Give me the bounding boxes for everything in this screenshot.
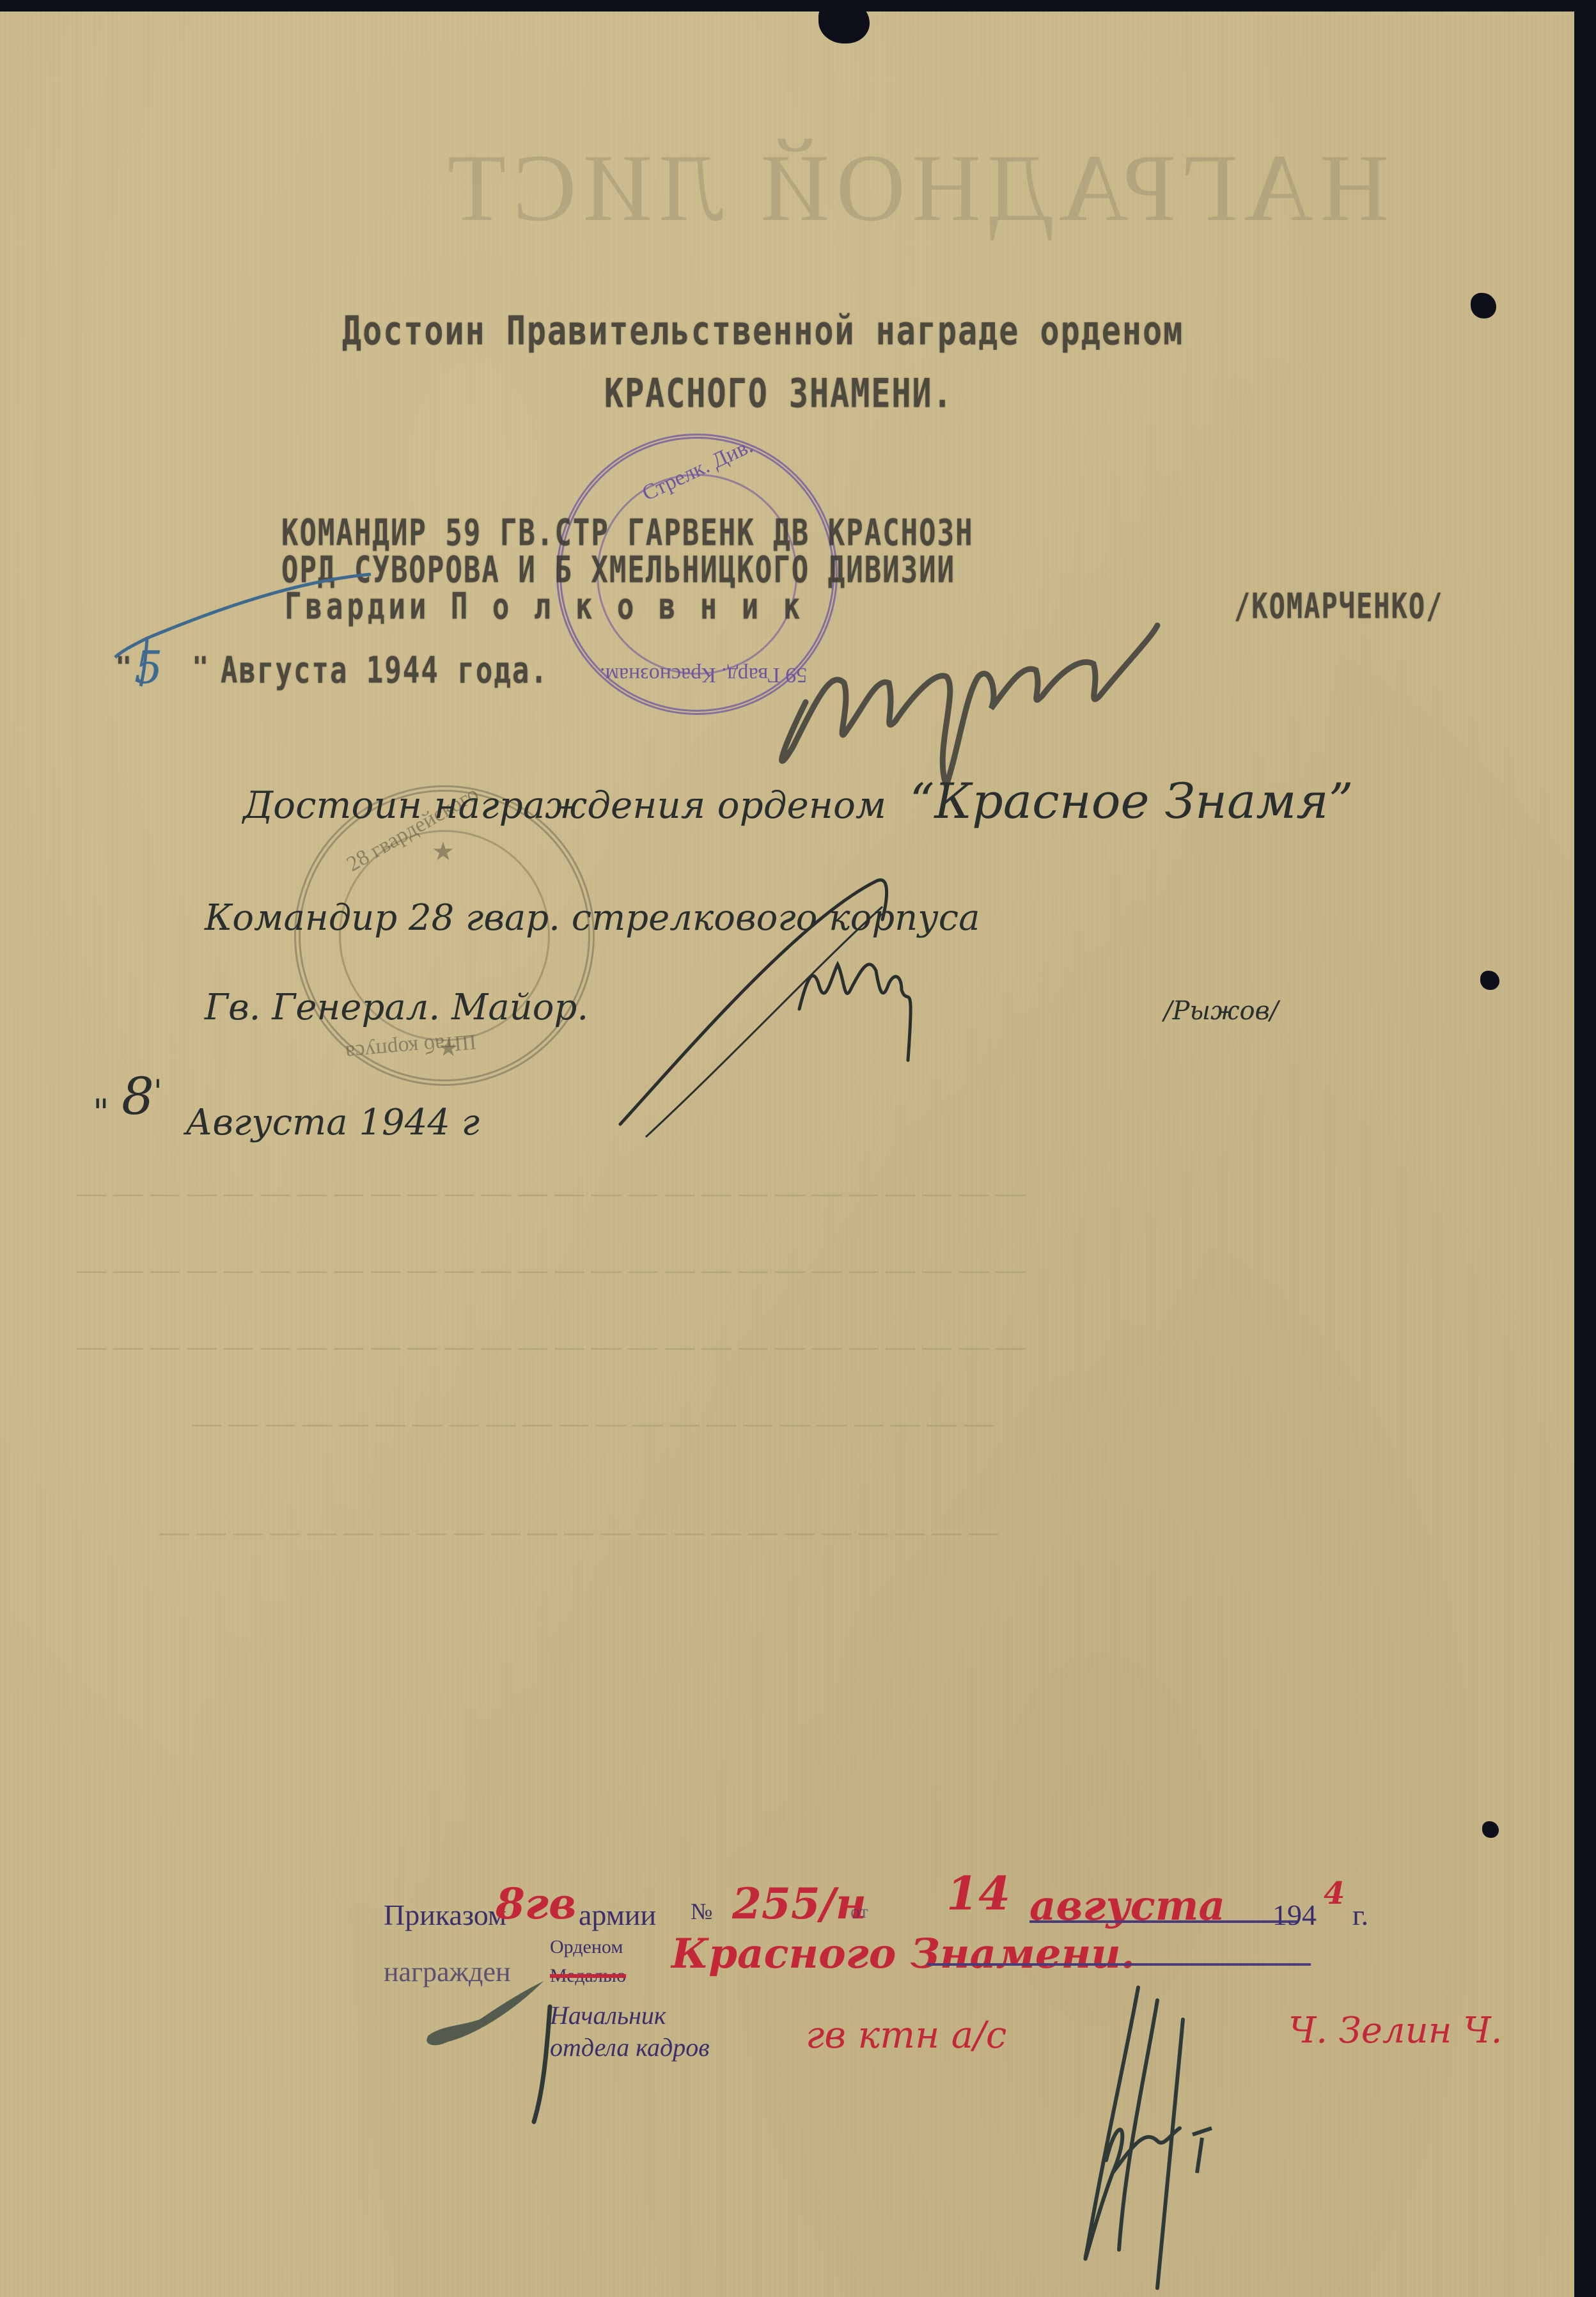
- award-name: Красного Знамени.: [671, 1930, 1135, 1978]
- order-from-label: от: [850, 1901, 868, 1923]
- head-label: Начальник: [550, 2000, 697, 2030]
- month-underline: [1029, 1920, 1298, 1923]
- recommendation-line-2: КРАСНОГО ЗНАМЕНИ.: [604, 370, 953, 417]
- order-army-label: армии: [579, 1898, 656, 1932]
- date-2-day: 8: [121, 1067, 154, 1126]
- order-number-label: №: [691, 1898, 712, 1925]
- order-number: 255/н: [732, 1879, 866, 1929]
- faded-body-line: — — — — — — — — — — — — — — — — — — — — …: [77, 1252, 1026, 1286]
- order-option-label: Орденом: [550, 1936, 623, 1958]
- order-army-number: 8гв: [496, 1879, 576, 1929]
- red-note: гв ктн а/с: [806, 2013, 1006, 2057]
- date-2-open-quote: ": [93, 1092, 109, 1134]
- date-1-text: Августа 1944 года.: [221, 649, 549, 691]
- order-year-digit: 4: [1324, 1876, 1345, 1911]
- paper-tear-top: [818, 0, 870, 43]
- order-day: 14: [946, 1866, 1010, 1920]
- faded-body-line: — — — — — — — — — — — — — — — — — — — — …: [77, 1175, 1026, 1209]
- red-name: Ч. Зелин Ч.: [1288, 2010, 1502, 2051]
- corps-commander-signature: [607, 843, 1055, 1150]
- corps-commander-name: /Рыжов/: [1164, 996, 1278, 1026]
- punch-hole: [1480, 971, 1499, 990]
- award-underline: [927, 1963, 1311, 1966]
- date-1-day: 5: [134, 641, 163, 694]
- faded-body-line: — — — — — — — — — — — — — — — — — — — — …: [77, 1329, 1026, 1363]
- endorsement-award: “Красное Знамя”: [909, 772, 1353, 829]
- faded-body-line: — — — — — — — — — — — — — — — — — — — — …: [160, 1514, 998, 1548]
- recommendation-line-1: Достоин Правительственной награде ордено…: [342, 308, 1184, 354]
- order-year-suffix: г.: [1352, 1898, 1368, 1932]
- faded-header: НАГРАДНОЙ ЛИСТ: [441, 133, 1389, 243]
- document-page: НАГРАДНОЙ ЛИСТ Достоин Правительственной…: [0, 12, 1574, 2297]
- medal-option-label: Медалью: [550, 1965, 626, 1987]
- faded-body-line: — — — — — — — — — — — — — — — — — — — — …: [192, 1406, 994, 1439]
- date-2-text: Августа 1944 г: [185, 1102, 480, 1143]
- corps-endorsement-line-1: Достоин награждения орденом “Красное Зна…: [243, 772, 1354, 829]
- order-year-prefix: 194: [1272, 1898, 1317, 1932]
- punch-hole: [1482, 1821, 1499, 1838]
- date-2-close-quote: ': [153, 1073, 162, 1110]
- commander-signature: [767, 587, 1279, 792]
- dept-label: отдела кадров: [550, 2032, 723, 2062]
- date-1-open-quote: ": [115, 651, 134, 684]
- punch-hole: [1471, 293, 1496, 318]
- commander-line-1: КОМАНДИР 59 ГВ.СТР ГАРВЕНК ДВ КРАСНОЗН: [281, 512, 974, 554]
- endorsement-text: Достоин награждения орденом: [243, 783, 886, 827]
- date-1-close-quote: ": [192, 651, 210, 684]
- corps-endorsement-line-3: Гв. Генерал. Майор.: [205, 987, 588, 1028]
- star-icon: ★: [432, 836, 455, 866]
- head-signature: [1061, 1981, 1228, 2297]
- vertical-pen-stroke: [524, 2000, 563, 2128]
- order-label: Приказом: [384, 1898, 506, 1932]
- star-icon: ★: [438, 1035, 458, 1062]
